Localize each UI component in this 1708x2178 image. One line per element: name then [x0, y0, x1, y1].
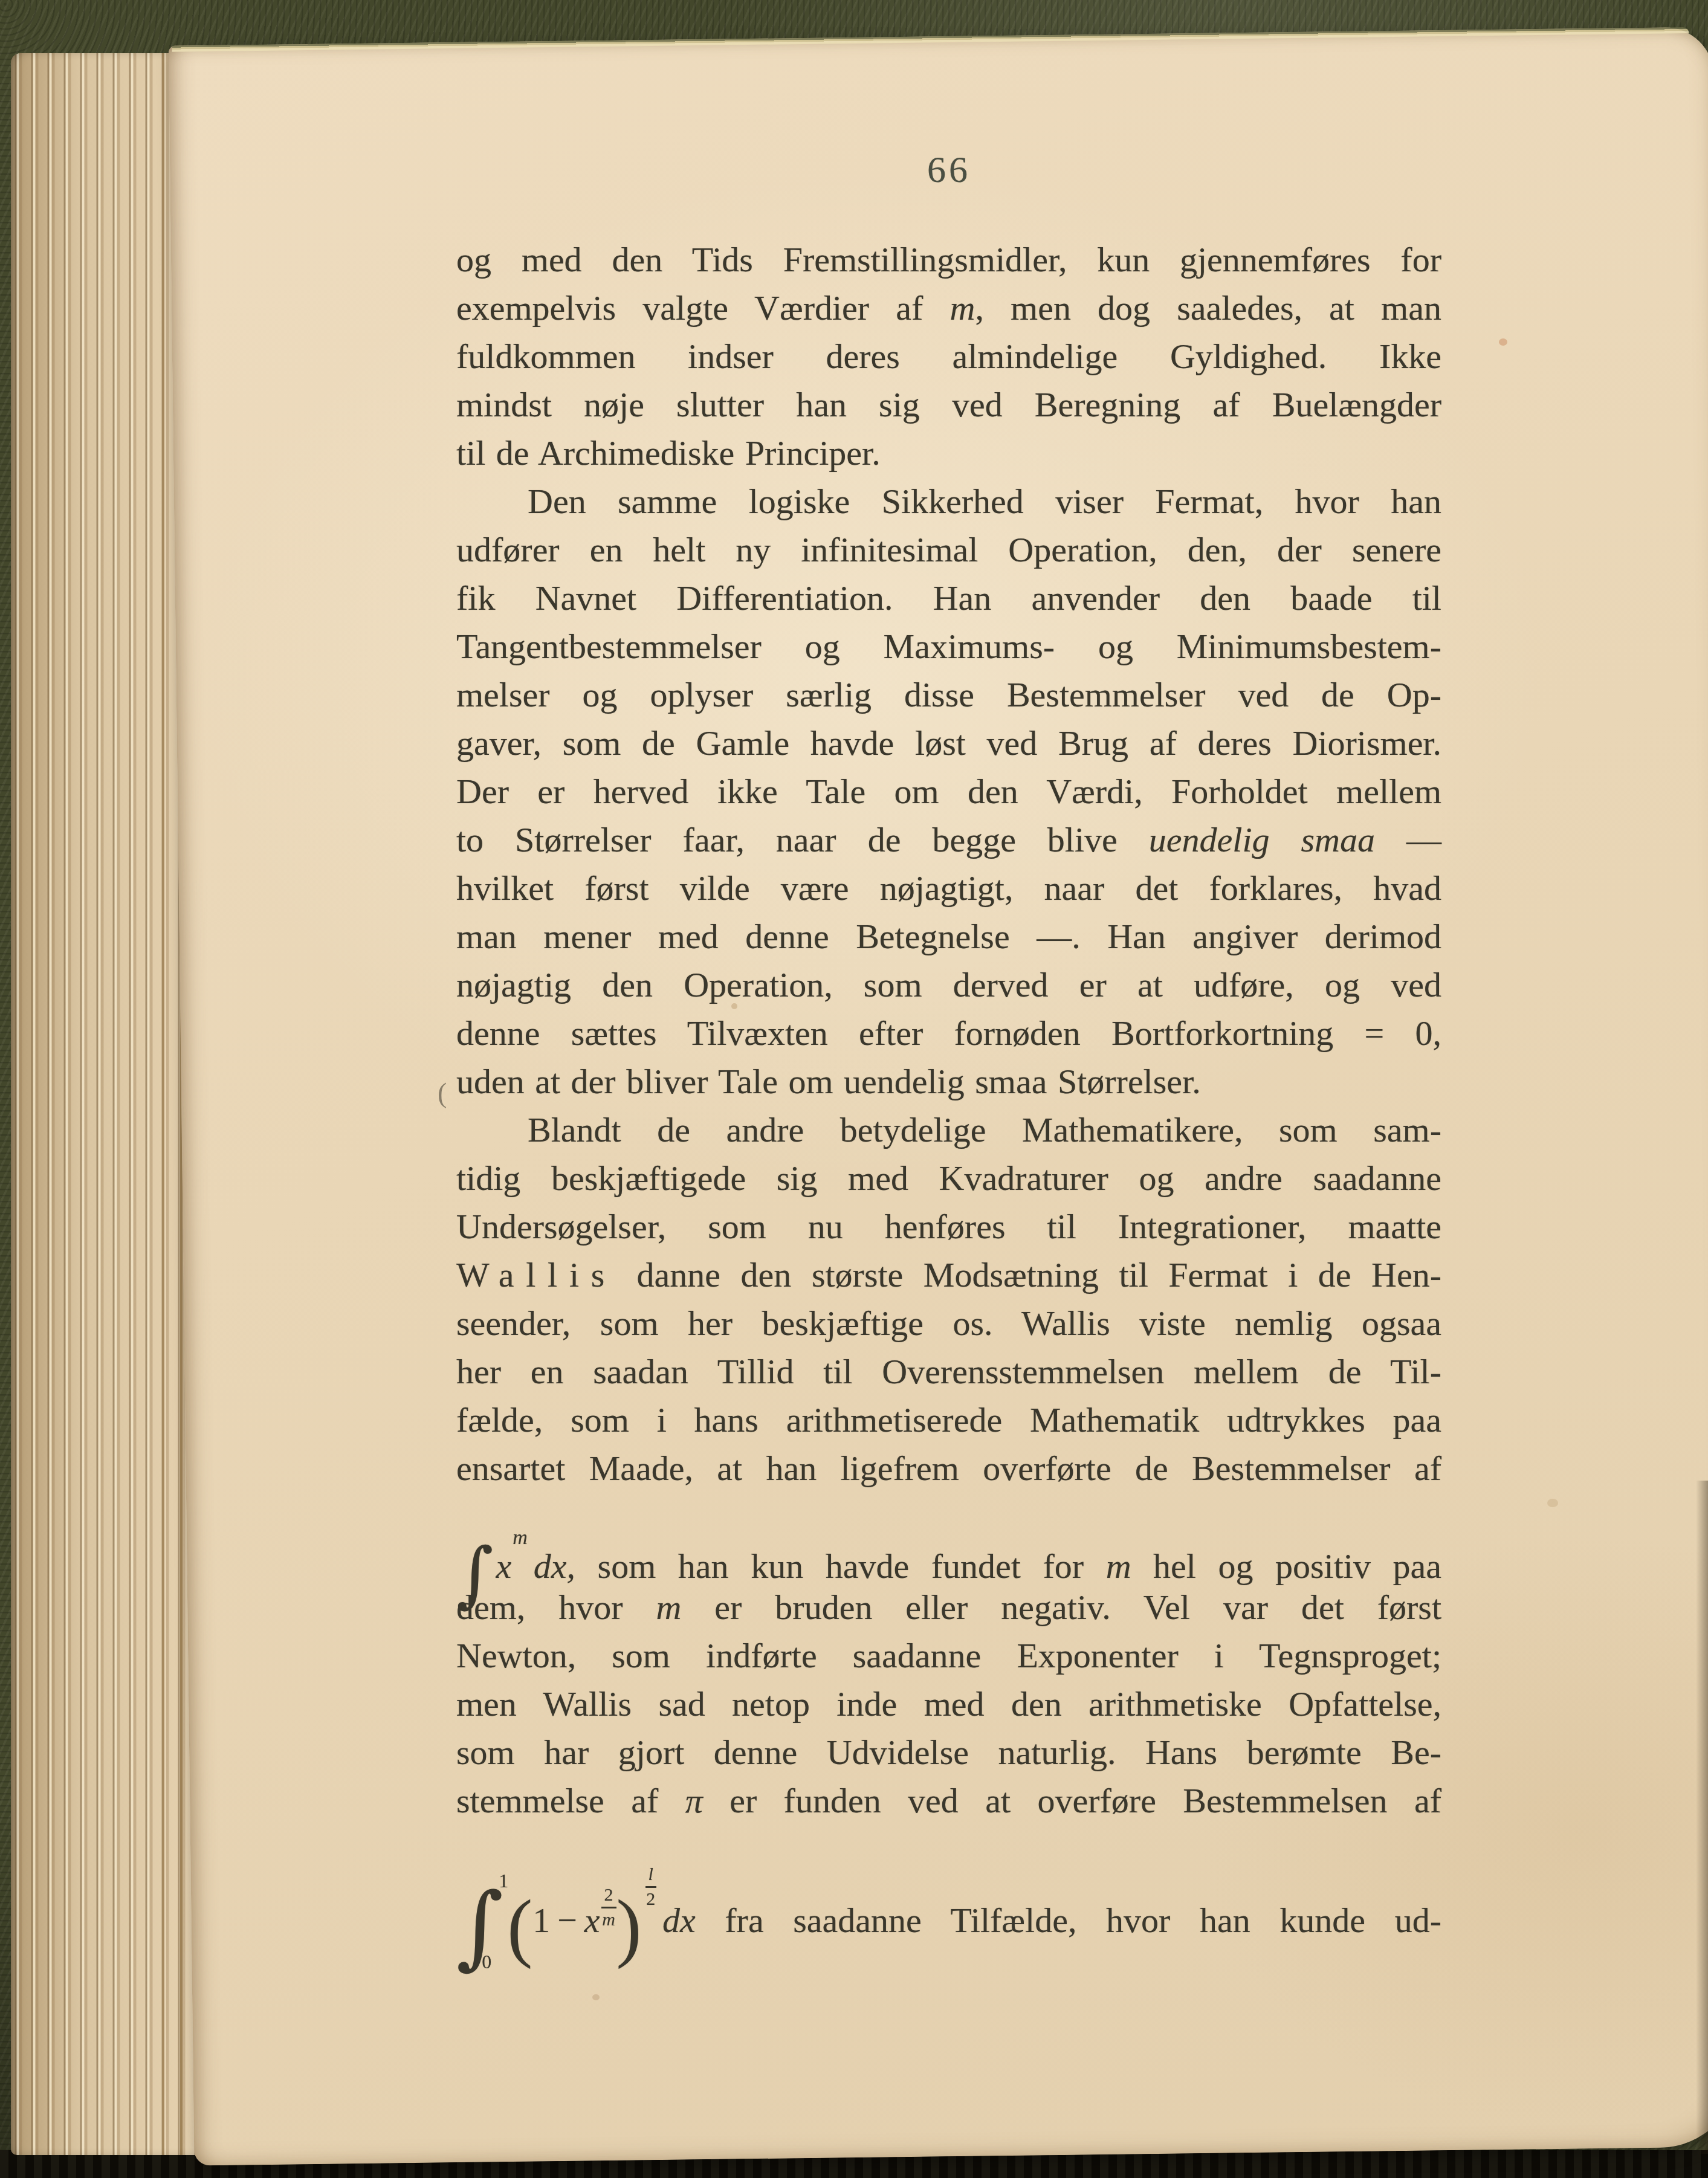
italic-segment: m [1106, 1546, 1131, 1586]
fraction-numerator: l [645, 1864, 656, 1888]
text-line: Undersøgelser, som nu henføres til Integ… [456, 1203, 1441, 1251]
page-number: 66 [456, 149, 1441, 192]
outer-exponent-fraction: l2 [645, 1864, 656, 1909]
fraction-denominator: 2 [646, 1888, 655, 1910]
text-line: Newton, som indførte saadanne Exponenter… [456, 1632, 1441, 1680]
text-line: uden at der bliver Tale om uendelig smaa… [456, 1058, 1441, 1106]
text-segment: to Størrelser faar, naar de begge blive [456, 820, 1149, 859]
text-line: og med den Tids Fremstillingsmidler, kun… [456, 236, 1441, 284]
text-segment: er funden ved at overføre Bestemmelsen a… [703, 1781, 1441, 1820]
text-line: tidig beskjæftigede sig med Kvadraturer … [456, 1154, 1441, 1203]
text-line: Wallis danne den største Modsætning til … [456, 1251, 1441, 1299]
text-segment: her en saadan Tillid til Overensstemmels… [456, 1352, 1441, 1391]
formula-differential: dx, [534, 1546, 575, 1586]
integral-sign: ∫ [456, 1874, 503, 1979]
text-segment: melser og oplyser særlig disse Bestemmel… [456, 675, 1441, 714]
italic-segment: π [685, 1781, 703, 1820]
text-line: exempelvis valgte Værdier af m, men dog … [456, 284, 1441, 332]
exponent-fraction: 2m [601, 1885, 616, 1930]
text-segment: hvilket først vilde være nøjagtigt, naar… [456, 868, 1441, 908]
text-line: Blandt de andre betydelige Mathematikere… [456, 1106, 1441, 1154]
formula-line: ∫xmdx, som han kun havde fundet for m he… [456, 1493, 1441, 1583]
text-line: mindst nøje slutter han sig ved Beregnin… [456, 381, 1441, 429]
text-line: nøjagtig den Operation, som derved er at… [456, 961, 1441, 1009]
text-segment: denne sættes Tilvæxten efter fornøden Bo… [456, 1013, 1441, 1053]
text-line: men Wallis sad netop inde med den arithm… [456, 1680, 1441, 1728]
text-line: melser og oplyser særlig disse Bestemmel… [456, 671, 1441, 719]
close-paren-icon: ) [616, 1886, 642, 1970]
text-segment: som han kun havde fundet for [575, 1546, 1106, 1586]
text-line: Den samme logiske Sikkerhed viser Fermat… [456, 477, 1441, 526]
text-line: hvilket først vilde være nøjagtigt, naar… [456, 864, 1441, 913]
scanned-book-photo: { "page": { "number": "66" }, "colors": … [0, 0, 1708, 2178]
text-segment: ensartet Maade, at han ligefrem overført… [456, 1449, 1441, 1488]
italic-segment: m [656, 1588, 682, 1627]
text-line: gaver, som de Gamle havde løst ved Brug … [456, 719, 1441, 767]
letterspaced-segment: Wallis [456, 1255, 616, 1294]
text-line: Tangentbestemmelser og Maximums- og Mini… [456, 622, 1441, 671]
text-segment: som har gjort denne Udvidelse naturlig. … [456, 1733, 1441, 1772]
fraction-denominator: m [602, 1908, 615, 1930]
formula-variable: x [584, 1901, 600, 1940]
formula-number: 1 [532, 1901, 550, 1940]
text-segment: Newton, som indførte saadanne Exponenter… [456, 1636, 1441, 1675]
text-line: dem, hvor m er bruden eller negativ. Vel… [456, 1583, 1441, 1632]
text-segment: mindst nøje slutter han sig ved Beregnin… [456, 385, 1441, 424]
text-segment: fuldkommen indser deres almindelige Gyld… [456, 337, 1441, 376]
text-line: til de Archimediske Principer. [456, 429, 1441, 477]
italic-segment: m [950, 288, 975, 328]
text-line: ensartet Maade, at han ligefrem overført… [456, 1444, 1441, 1493]
text-segment: , men dog saaledes, at man [975, 288, 1441, 328]
text-segment: til de Archimediske Principer. [456, 433, 881, 473]
text-segment: danne den største Modsætning til Fermat … [616, 1255, 1441, 1294]
open-paren-icon: ( [507, 1886, 532, 1970]
minus-sign: − [557, 1901, 577, 1940]
text-segment: Der er herved ikke Tale om den Værdi, Fo… [456, 772, 1441, 811]
text-segment: Tangentbestemmelser og Maximums- og Mini… [456, 627, 1441, 666]
text-block: og med den Tids Fremstillingsmidler, kun… [456, 236, 1441, 1937]
text-segment: stemmelse af [456, 1781, 685, 1820]
formula-variable: x [496, 1546, 511, 1586]
text-line: fælde, som i hans arithmetiserede Mathem… [456, 1396, 1441, 1444]
fraction-numerator: 2 [601, 1885, 616, 1908]
text-segment: Den samme logiske Sikkerhed viser Fermat… [528, 482, 1441, 521]
formula-exponent: m [513, 1527, 528, 1549]
text-segment: exempelvis valgte Værdier af [456, 288, 950, 328]
text-segment: er bruden eller negativ. Vel var det før… [681, 1588, 1441, 1627]
text-segment: seender, som her beskjæftige os. Wallis … [456, 1304, 1441, 1343]
text-segment: hel og positiv paa [1131, 1546, 1441, 1586]
text-line: som har gjort denne Udvidelse naturlig. … [456, 1728, 1441, 1777]
text-segment: udfører en helt ny infinitesimal Operati… [456, 530, 1441, 569]
text-segment: nøjagtig den Operation, som derved er at… [456, 965, 1441, 1004]
text-segment: Blandt de andre betydelige Mathematikere… [528, 1110, 1441, 1149]
text-line: man mener med denne Betegnelse —. Han an… [456, 913, 1441, 961]
text-segment: fik Navnet Differentiation. Han anvender… [456, 578, 1441, 618]
page-top-gilt-edge [172, 27, 1689, 52]
text-segment: — [1375, 820, 1441, 859]
text-line: to Størrelser faar, naar de begge blive … [456, 816, 1441, 864]
text-segment: fra saadanne Tilfælde, hvor han kunde ud… [696, 1901, 1441, 1940]
text-line: udfører en helt ny infinitesimal Operati… [456, 526, 1441, 574]
formula-line: ∫10(1−x2m)l2dx fra saadanne Tilfælde, hv… [456, 1825, 1441, 1937]
text-line: fik Navnet Differentiation. Han anvender… [456, 574, 1441, 622]
text-segment: Undersøgelser, som nu henføres til Integ… [456, 1207, 1441, 1246]
text-segment: gaver, som de Gamle havde løst ved Brug … [456, 723, 1441, 763]
text-segment: uden at der bliver Tale om uendelig smaa… [456, 1062, 1201, 1101]
text-segment: man mener med denne Betegnelse —. Han an… [456, 917, 1441, 956]
text-line: stemmelse af π er funden ved at overføre… [456, 1777, 1441, 1825]
text-line: denne sættes Tilvæxten efter fornøden Bo… [456, 1009, 1441, 1058]
text-segment: fælde, som i hans arithmetiserede Mathem… [456, 1400, 1441, 1440]
text-segment: dem, hvor [456, 1588, 656, 1627]
formula-differential: dx [662, 1901, 696, 1940]
italic-segment: uendelig smaa [1149, 820, 1375, 859]
text-segment: tidig beskjæftigede sig med Kvadraturer … [456, 1158, 1441, 1198]
integral-lower-limit: 0 [482, 1951, 491, 1973]
text-line: seender, som her beskjæftige os. Wallis … [456, 1299, 1441, 1348]
text-line: fuldkommen indser deres almindelige Gyld… [456, 332, 1441, 381]
print-artifact-mark: ( [438, 1077, 447, 1109]
text-line: her en saadan Tillid til Overensstemmels… [456, 1348, 1441, 1396]
text-line: Der er herved ikke Tale om den Værdi, Fo… [456, 767, 1441, 816]
text-segment: og med den Tids Fremstillingsmidler, kun… [456, 240, 1441, 279]
text-segment: men Wallis sad netop inde med den arithm… [456, 1684, 1441, 1724]
page-right-edge-shadow [1696, 1481, 1708, 2154]
